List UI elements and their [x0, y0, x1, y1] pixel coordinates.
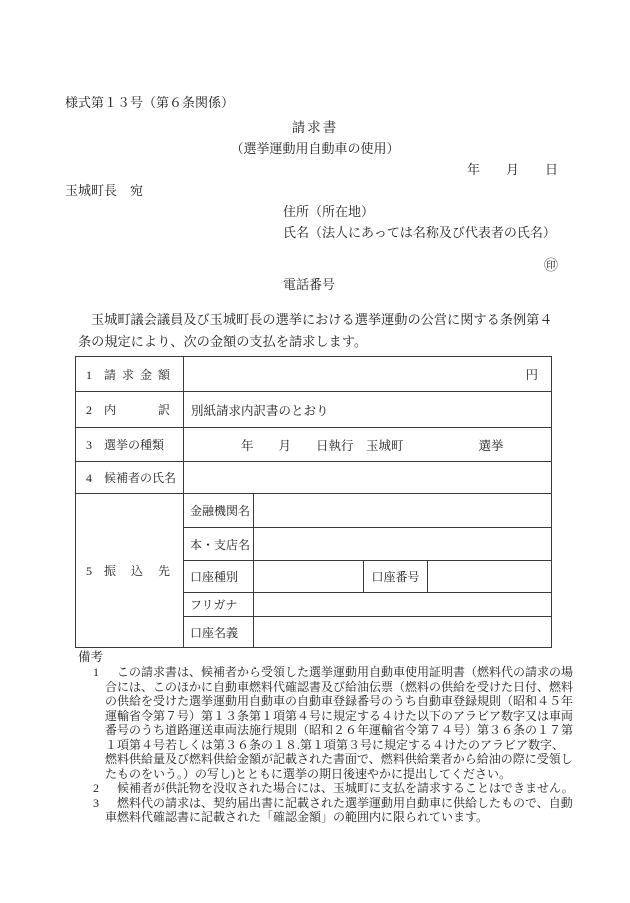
remark-item-text: この請求書は、候補者から受領した選挙運動用自動車使用証明書（燃料代の請求の場合に…	[105, 665, 573, 781]
account-type-label: 口座種別	[184, 561, 254, 593]
account-type-value-cell	[254, 561, 364, 593]
remark-item-text: 候補者が供託物を没収された場合には、玉城町に支払を請求することはできません。	[117, 781, 574, 795]
remark-item-number: 1	[93, 665, 117, 680]
furigana-label: フリガナ	[184, 593, 254, 617]
bank-institution-label: 金融機関名	[184, 494, 254, 528]
seal-line: ㊞	[283, 255, 558, 272]
request-table: 1請求金額 円 2内訳 別紙請求内訳書のとおり 3選挙の種類 年 月 日執行 玉…	[75, 356, 552, 648]
election-type-value: 年 月 日執行 玉城町 選挙	[184, 428, 552, 462]
remarks-heading: 備考	[78, 650, 590, 665]
row-label-election-type: 3選挙の種類	[76, 428, 184, 462]
address-label: 住所（所在地）	[283, 204, 558, 220]
document-page: 様式第１３号（第６条関係） 請求書 （選挙運動用自動車の使用） 年 月 日 玉城…	[0, 0, 630, 903]
bank-institution-value-cell	[254, 494, 552, 528]
remarks-section: 備考 1この請求書は、候補者から受領した選挙運動用自動車使用証明書（燃料代の請求…	[78, 650, 590, 825]
addressee: 玉城町長 宛	[65, 183, 630, 199]
remark-item-number: 2	[93, 781, 117, 796]
account-name-label: 口座名義	[184, 617, 254, 648]
phone-label: 電話番号	[283, 277, 558, 293]
remark-item-2: 2候補者が供託物を没収された場合には、玉城町に支払を請求することはできません。	[93, 781, 575, 796]
row-number: 3	[86, 438, 104, 453]
breakdown-value: 別紙請求内訳書のとおり	[184, 392, 552, 428]
row-label-amount: 1請求金額	[76, 357, 184, 392]
seal-mark-icon: ㊞	[544, 259, 558, 274]
candidate-name-value-cell	[184, 462, 552, 494]
sender-block: 住所（所在地） 氏名（法人にあっては名称及び代表者の氏名） ㊞ 電話番号	[283, 204, 558, 293]
row-label-candidate-name: 4候補者の氏名	[76, 462, 184, 494]
remark-item-number: 3	[93, 796, 117, 811]
remark-item-1: 1この請求書は、候補者から受領した選挙運動用自動車使用証明書（燃料代の請求の場合…	[93, 665, 575, 781]
remark-item-text: 燃料代の請求は、契約届出書に記載された選挙運動用自動車に供給したもので、自動車燃…	[105, 796, 573, 825]
row-number: 4	[86, 471, 104, 486]
row-number: 2	[86, 403, 104, 418]
row-label-transfer-destination: 5振込先	[76, 494, 184, 648]
row-number: 5	[86, 564, 104, 579]
form-number: 様式第１３号（第６条関係）	[65, 95, 630, 111]
remark-item-3: 3燃料代の請求は、契約届出書に記載された選挙運動用自動車に供給したもので、自動車…	[93, 796, 575, 825]
date-line: 年 月 日	[0, 162, 630, 178]
bank-branch-label: 本・支店名	[184, 528, 254, 561]
document-subtitle: （選挙運動用自動車の使用）	[0, 141, 630, 157]
intro-paragraph: 玉城町議会議員及び玉城町長の選挙における選挙運動の公営に関する条例第４条の規定に…	[78, 309, 562, 353]
amount-value-cell: 円	[184, 357, 552, 392]
row-number: 1	[86, 368, 104, 383]
row-label-breakdown: 2内訳	[76, 392, 184, 428]
account-name-value-cell	[254, 617, 552, 648]
document-title: 請求書	[0, 120, 630, 136]
furigana-value-cell	[254, 593, 552, 617]
account-number-label: 口座番号	[364, 561, 428, 593]
name-label: 氏名（法人にあっては名称及び代表者の氏名）	[283, 225, 558, 241]
amount-unit: 円	[526, 368, 539, 382]
account-number-value-cell	[428, 561, 552, 593]
bank-branch-value-cell	[254, 528, 552, 561]
